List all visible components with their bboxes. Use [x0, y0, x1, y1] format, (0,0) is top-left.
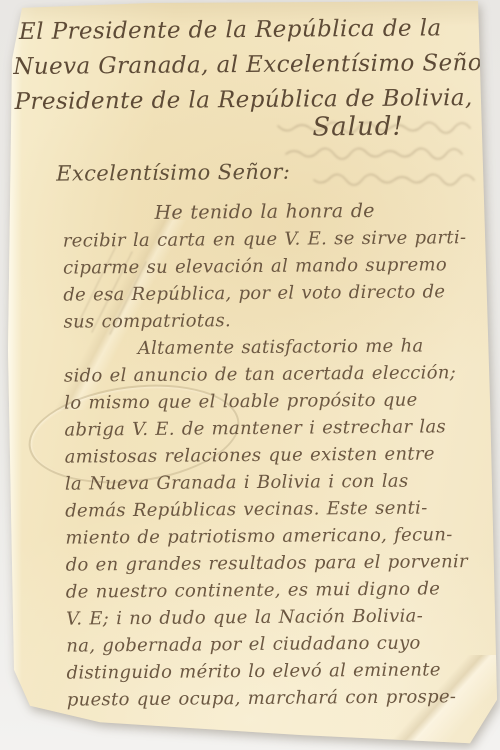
letter-content: El Presidente de la República de la Nuev…	[0, 0, 500, 750]
heading-line: Nueva Granada, al Excelentísimo Señor	[11, 46, 455, 85]
body-line: abriga V. E. de mantener i estrechar las	[64, 413, 458, 443]
body-line: puesto que ocupa, marchará con prospe-	[67, 683, 461, 713]
body-line: recibir la carta en que V. E. se sirve p…	[63, 224, 457, 254]
body-line: V. E; i no dudo que la Nación Bolivia-	[66, 602, 460, 632]
body-line: la Nueva Granada i Bolivia i con las	[65, 467, 459, 497]
body-line: de nuestro continente, es mui digno de	[66, 575, 460, 605]
body-line: demás Repúblicas vecinas. Este senti-	[65, 494, 459, 524]
body-line: Altamente satisfactorio me ha	[64, 332, 458, 362]
scanned-document: El Presidente de la República de la Nuev…	[0, 0, 500, 750]
salutation-line: Excelentísimo Señor:	[12, 158, 456, 186]
body-line: do en grandes resultados para el porveni…	[66, 548, 460, 578]
body-line: miento de patriotismo americano, fecun-	[65, 521, 459, 551]
body-line: na, gobernada por el ciudadano cuyo	[66, 629, 460, 659]
body-line: amistosas relaciones que existen entre	[65, 440, 459, 470]
body-line: ciparme su elevación al mando supremo	[63, 251, 457, 281]
body-line: sido el anuncio de tan acertada elección…	[64, 359, 458, 389]
paper-shadow: El Presidente de la República de la Nuev…	[0, 0, 500, 750]
body-line: de esa República, por el voto directo de	[63, 278, 457, 308]
letter-body: He tenido la honra de recibir la carta e…	[12, 197, 460, 714]
heading-line: El Presidente de la República de la	[11, 11, 455, 50]
letter-heading: El Presidente de la República de la Nuev…	[11, 11, 456, 120]
body-line: lo mismo que el loable propósito que	[64, 386, 458, 416]
body-line: He tenido la honra de	[62, 197, 456, 227]
body-line: distinguido mérito lo elevó al eminente	[66, 656, 460, 686]
body-line: sus compatriotas.	[63, 305, 457, 335]
letter-page: El Presidente de la República de la Nuev…	[0, 0, 500, 750]
